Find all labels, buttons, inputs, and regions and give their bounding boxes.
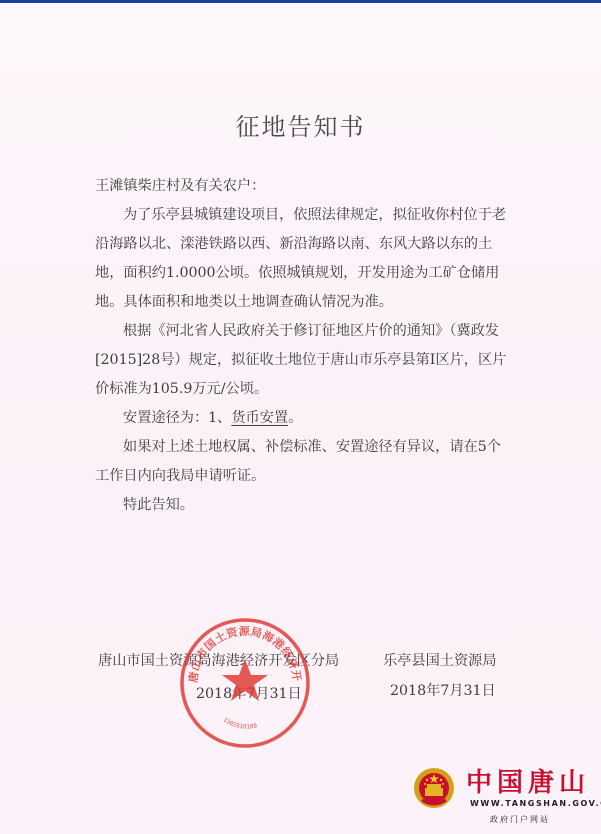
paragraph-land-description: 为了乐亭县城镇建设项目，依照法律规定，拟征收你村位于老沿海路以北、滦港铁路以西、…: [95, 201, 515, 317]
addressee: 王滩镇柴庄村及有关农户：: [95, 172, 515, 201]
resettlement-prefix: 安置途径为：1、: [123, 410, 231, 426]
seal-code: 1302810100: [222, 716, 258, 730]
document-body: 王滩镇柴庄村及有关农户： 为了乐亭县城镇建设项目，依照法律规定，拟征收你村位于老…: [95, 172, 515, 520]
paragraph-objection: 如果对上述土地权属、补偿标准、安置途径有异议，请在5个工作日内向我局申请听证。: [95, 433, 515, 491]
signature-right-org: 乐亭县国土资源局: [383, 650, 497, 670]
logo-url: WWW.TANGSHAN.GOV.CN: [470, 799, 601, 808]
paragraph-resettlement: 安置途径为：1、货币安置。: [95, 404, 515, 433]
resettlement-suffix: 。: [288, 410, 302, 426]
national-emblem-icon: [412, 766, 456, 810]
signature-right-date: 2018年7月31日: [390, 680, 496, 700]
document-title: 征地告知书: [0, 107, 601, 142]
official-seal-icon: 唐山市国土资源局海港经济开发区分局 1302810100: [177, 615, 313, 751]
paragraph-price-standard: 根据《河北省人民政府关于修订征地区片价的通知》（冀政发[2015]28号）规定，…: [95, 317, 515, 404]
tangshan-gov-logo: 中国唐山 WWW.TANGSHAN.GOV.CN 政府门户网站: [410, 760, 596, 830]
logo-subtitle: 政府门户网站: [490, 814, 550, 825]
logo-title: 中国唐山: [466, 762, 590, 799]
resettlement-method: 货币安置: [231, 410, 288, 426]
svg-text:1302810100: 1302810100: [222, 716, 258, 730]
paragraph-closing: 特此告知。: [95, 491, 515, 520]
